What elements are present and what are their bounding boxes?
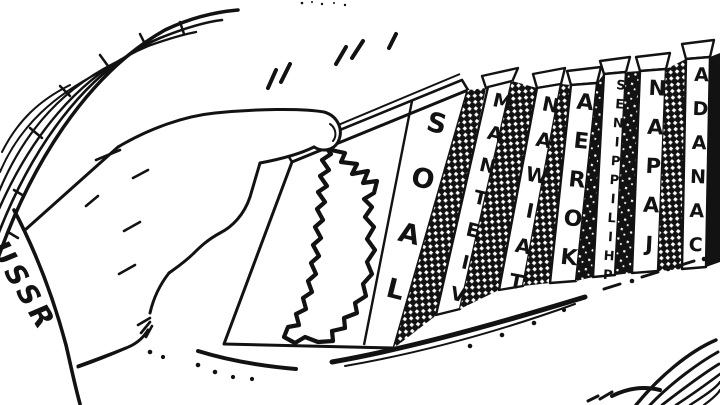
paper-specks (301, 1, 346, 6)
domino-label-canada: ADANAC (676, 64, 711, 269)
motion-marks (268, 34, 396, 88)
cartoon-canvas: USSR SOAL MANTEIV NAWIAT AEROK SENIPPILI… (0, 0, 720, 405)
corner-swirl-hatching (588, 340, 720, 405)
